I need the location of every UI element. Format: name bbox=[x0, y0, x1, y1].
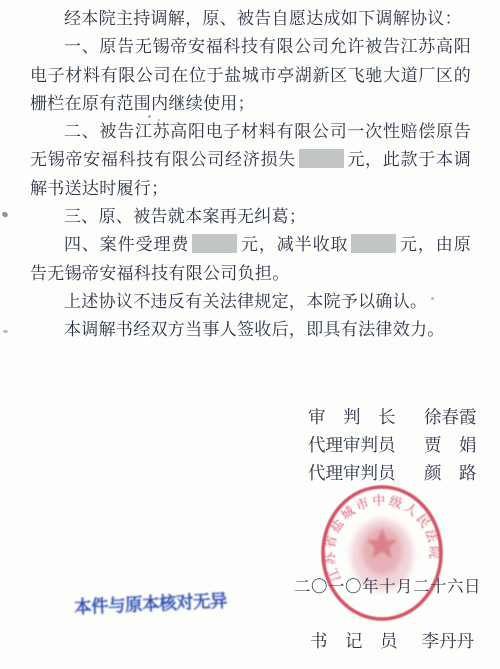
court-seal-graphic: 江苏省盐城市中级人民法院 bbox=[318, 483, 446, 623]
redaction-box bbox=[299, 149, 344, 168]
signature-role: 代理审判员 bbox=[308, 431, 400, 459]
paragraph: 经本院主持调解，原、被告自愿达成如下调解协议： bbox=[30, 5, 471, 33]
paragraph: 二、被告江苏高阳电子材料有限公司一次性赔偿原告无锡帝安福科技有限公司经济损失元，… bbox=[30, 118, 471, 203]
paragraph: 上述协议不违反有关法律规定，本院予以确认。 bbox=[30, 288, 471, 316]
mediation-agreement-text: 经本院主持调解，原、被告自愿达成如下调解协议：一、原告无锡帝安福科技有限公司允许… bbox=[30, 5, 471, 345]
copy-verification-stamp: 本件与原本核对无异 bbox=[74, 588, 228, 620]
signature-name: 徐春霞 bbox=[424, 403, 477, 431]
clerk-role: 书 记 员 bbox=[310, 628, 398, 653]
signature-name: 贾 娟 bbox=[424, 431, 477, 459]
judges-signature-block: 审 判 长徐春霞代理审判员贾 娟代理审判员颜 路 bbox=[308, 403, 477, 487]
clerk-signature: 书 记 员 李丹丹 bbox=[310, 628, 474, 653]
paragraph: 四、案件受理费元，减半收取元，由原告无锡帝安福科技有限公司负担。 bbox=[30, 231, 471, 288]
paragraph: 三、原、被告就本案再无纠葛； bbox=[30, 203, 471, 231]
redaction-box bbox=[351, 234, 396, 253]
document-page: 经本院主持调解，原、被告自愿达成如下调解协议：一、原告无锡帝安福科技有限公司允许… bbox=[0, 0, 500, 669]
document-date: 二〇一〇年十月二十六日 bbox=[294, 573, 481, 597]
photocopy-speck bbox=[158, 119, 160, 121]
paragraph: 一、原告无锡帝安福科技有限公司允许被告江苏高阳电子材料有限公司在位于盐城市亭湖新… bbox=[30, 33, 471, 118]
photocopy-speck bbox=[1, 211, 9, 218]
signature-row: 代理审判员贾 娟 bbox=[308, 431, 477, 459]
clerk-name: 李丹丹 bbox=[422, 628, 475, 653]
photocopy-speck bbox=[3, 330, 8, 333]
photocopy-speck bbox=[431, 297, 434, 300]
photocopy-speck bbox=[148, 115, 151, 118]
signature-row: 审 判 长徐春霞 bbox=[308, 403, 477, 431]
redaction-box bbox=[192, 234, 237, 253]
paragraph: 本调解书经双方当事人签收后，即具有法律效力。 bbox=[30, 316, 471, 344]
court-seal: 江苏省盐城市中级人民法院 bbox=[318, 483, 446, 623]
signature-role: 审 判 长 bbox=[308, 403, 400, 431]
